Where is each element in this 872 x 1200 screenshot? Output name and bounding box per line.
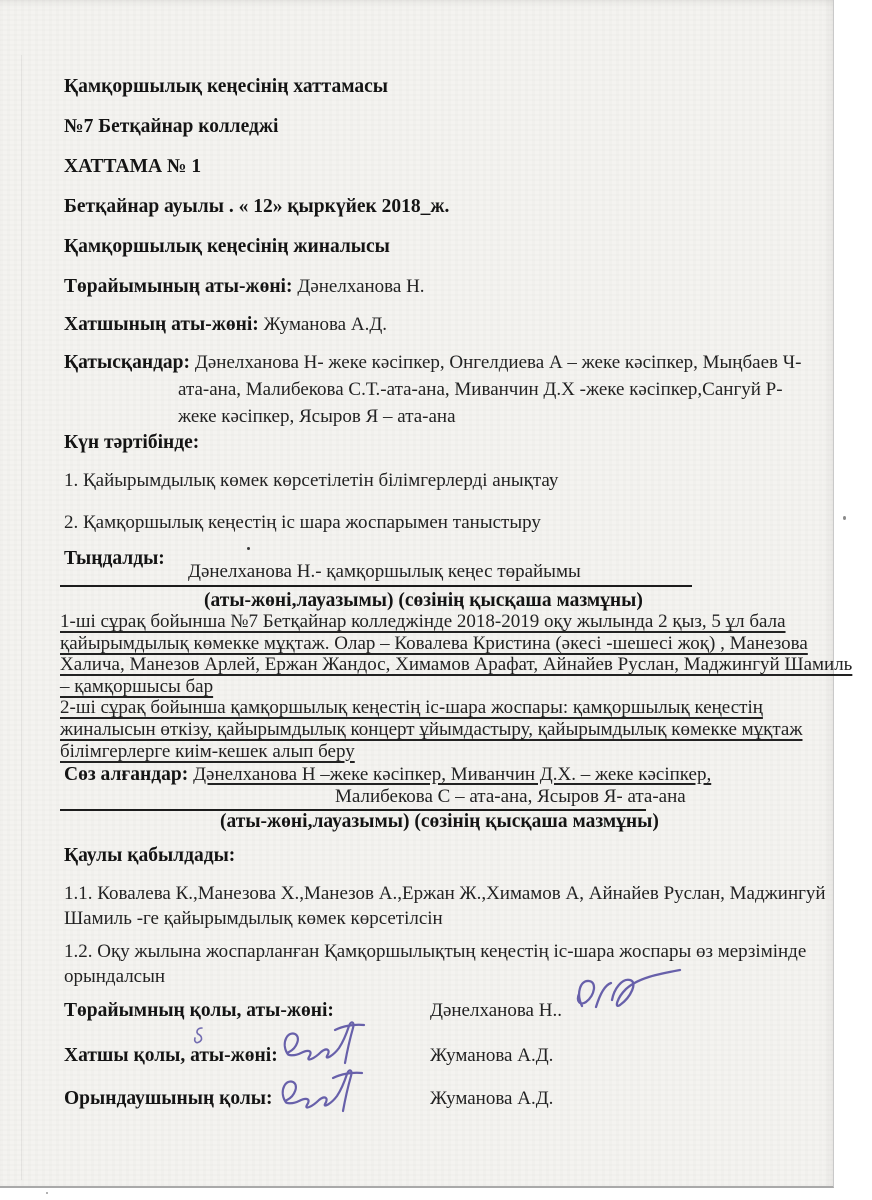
ink-dot-artifact — [247, 547, 250, 550]
signature-secretary-stroke — [285, 1022, 364, 1063]
listened-speaker-fill-line: Дәнелханова Н.- қамқоршылық кеңес төрайы… — [60, 561, 692, 587]
sig-secretary-label: Хатшы қолы, аты-жөні: — [64, 1045, 278, 1067]
listened-body-line: 1-ші сұрақ бойынша №7 Бетқайнар колледжі… — [60, 611, 852, 633]
secretary-line: Хатшының аты-жөні: Жуманова А.Д. — [64, 314, 387, 336]
place-date-line: Бетқайнар ауылы . « 12» қыркүйек 2018_ж. — [64, 196, 449, 218]
decision-item-2-line-2: орындалсын — [64, 966, 165, 988]
listened-speaker: Дәнелханова Н.- қамқоршылық кеңес төрайы… — [188, 561, 581, 582]
attendees-line-2: ата-ана, Малибекова С.Т.-ата-ана, Миванч… — [178, 379, 783, 401]
decision-label: Қаулы қабылдады: — [64, 845, 235, 867]
paper-left-crease — [21, 55, 22, 1180]
ink-mark-artifact — [192, 1026, 206, 1046]
listened-body-line: Халича, Манезов Арлей, Ержан Жандос, Хим… — [60, 654, 852, 676]
signature-chair-stroke — [578, 970, 680, 1007]
decision-item-1-line-2: Шамиль -ге қайырымдылық көмек көрсетілсі… — [64, 908, 443, 930]
secretary-label: Хатшының аты-жөні — [64, 314, 252, 335]
chairwoman-name: Дәнелханова Н. — [297, 276, 424, 297]
scan-speck — [843, 516, 846, 520]
speakers-label: Сөз алғандар — [64, 764, 182, 785]
decision-item-2-line-1: 1.2. Оқу жылына жоспарланған Қамқоршылық… — [64, 941, 806, 963]
listened-body-line: 2-ші сұрақ бойынша қамқоршылық кеңестің … — [60, 697, 852, 719]
listened-body-line: қайырымдылық көмекке мұқтаж. Олар – Кова… — [60, 633, 852, 655]
secretary-name: Жуманова А.Д. — [264, 314, 387, 335]
agenda-item-2: 2. Қамқоршылық кеңестің іс шара жоспарым… — [64, 512, 541, 534]
chairwoman-line: Төрайымының аты-жөні: Дәнелханова Н. — [64, 276, 425, 298]
speakers-line-2: Малибекова С – ата-ана, Ясыров Я- ата-ан… — [60, 786, 646, 811]
agenda-item-1: 1. Қайырымдылық көмек көрсетілетін білім… — [64, 470, 558, 492]
speakers-line-1: Сөз алғандар: Дәнелханова Н –жеке кәсіпк… — [64, 764, 711, 786]
sig-chair-name: Дәнелханова Н.. — [430, 1000, 562, 1022]
listened-body-line: – қамқоршысы бар — [60, 676, 852, 698]
listened-caption: (аты-жөні,лауазымы) (сөзінің қысқаша маз… — [204, 590, 643, 612]
doc-title: Қамқоршылық кеңесінің хаттамасы — [64, 76, 388, 98]
listened-body-line: білімгерлерге киім-кешек алып беру — [60, 741, 852, 763]
scan-speck — [46, 1192, 48, 1194]
sig-executor-name: Жуманова А.Д. — [430, 1088, 553, 1110]
signature-executor-stroke — [283, 1070, 362, 1111]
listened-body: 1-ші сұрақ бойынша №7 Бетқайнар колледжі… — [60, 611, 852, 762]
attendees-label: Қатысқандар — [64, 352, 184, 373]
attendees-line-3: жеке кәсіпкер, Ясыров Я – ата-ана — [178, 406, 456, 428]
scanned-protocol-page: { "colors": { "paper": "#f4f3f0", "backg… — [0, 0, 872, 1200]
decision-item-1-line-1: 1.1. Ковалева К.,Манезова Х.,Манезов А.,… — [64, 883, 826, 905]
protocol-number: ХАТТАМА № 1 — [64, 156, 201, 178]
chairwoman-label: Төрайымының аты-жөні — [64, 276, 286, 297]
speakers-caption: (аты-жөні,лауазымы) (сөзінің қысқаша маз… — [220, 811, 659, 833]
listened-body-line: жиналысын өткізу, қайырымдылық концерт ұ… — [60, 719, 852, 741]
signature-chair — [568, 962, 688, 1020]
meeting-title: Қамқоршылық кеңесінің жиналысы — [64, 236, 390, 258]
sig-secretary-name: Жуманова А.Д. — [430, 1045, 553, 1067]
sig-executor-label: Орындаушының қолы: — [64, 1088, 273, 1110]
agenda-label: Күн тәртібінде: — [64, 432, 199, 454]
signature-executor — [276, 1063, 374, 1121]
college-line: №7 Бетқайнар колледжі — [64, 116, 278, 138]
attendees-line-1: Қатысқандар: Дәнелханова Н- жеке кәсіпке… — [64, 352, 801, 374]
